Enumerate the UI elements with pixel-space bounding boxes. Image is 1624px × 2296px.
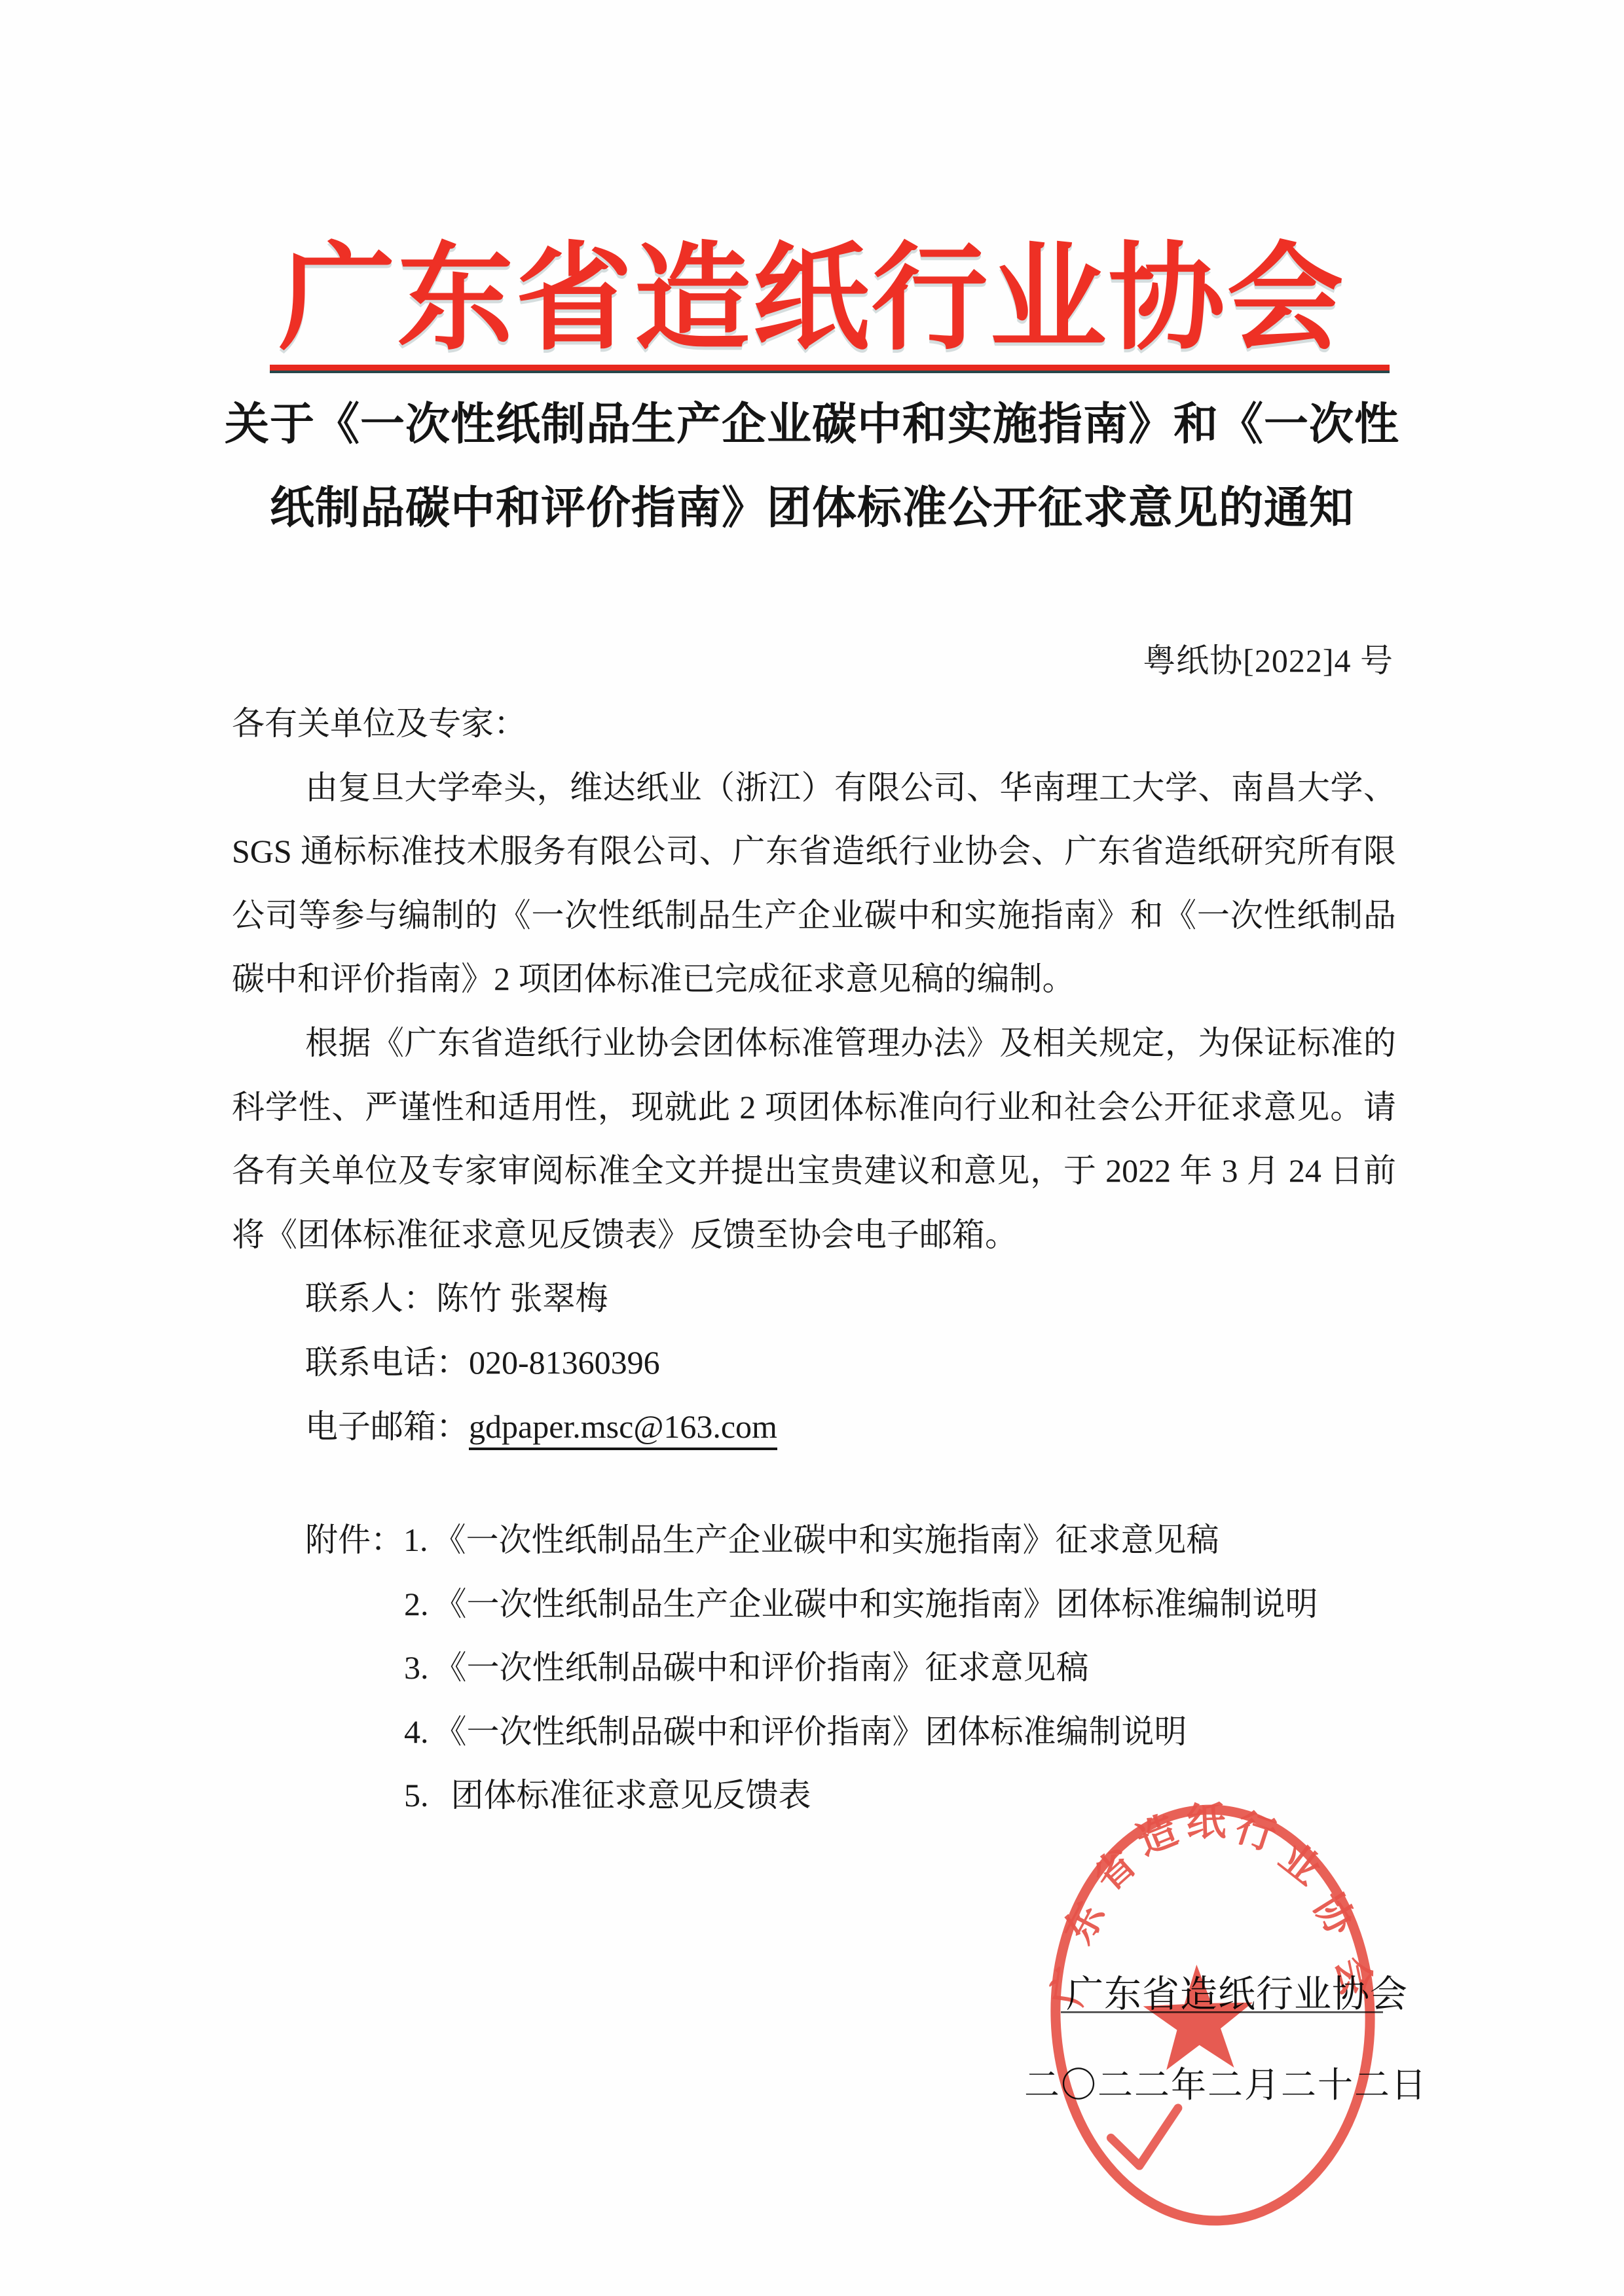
attachment-title: 团体标准征求意见反馈表	[451, 1777, 811, 1813]
attachment-number: 4.	[404, 1713, 429, 1750]
attachment-number: 2.	[404, 1586, 429, 1622]
salutation: 各有关单位及专家：	[232, 692, 1396, 756]
body-text: 各有关单位及专家： 由复旦大学牵头，维达纸业（浙江）有限公司、华南理工大学、南昌…	[232, 692, 1396, 1459]
attachment-item-2: 2.《一次性纸制品生产企业碳中和实施指南》团体标准编制说明	[232, 1573, 1424, 1637]
seal-arc-char: 省	[1086, 1841, 1144, 1899]
attachments-label: 附件：	[305, 1522, 403, 1558]
attachment-number: 3.	[404, 1649, 429, 1686]
seal-arc-char: 纸	[1186, 1800, 1227, 1844]
attachment-item-1: 附件：1.《一次性纸制品生产企业碳中和实施指南》征求意见稿	[232, 1508, 1424, 1573]
attachment-number: 5.	[404, 1777, 429, 1813]
attachments-list: 附件：1.《一次性纸制品生产企业碳中和实施指南》征求意见稿 2.《一次性纸制品生…	[232, 1508, 1424, 1828]
body-line: 公司等参与编制的《一次性纸制品生产企业碳中和实施指南》和《一次性纸制品	[232, 884, 1396, 948]
body-line: 将《团体标准征求意见反馈表》反馈至协会电子邮箱。	[232, 1203, 1396, 1267]
body-line: 由复旦大学牵头，维达纸业（浙江）有限公司、华南理工大学、南昌大学、	[232, 756, 1396, 820]
body-line: 科学性、严谨性和适用性，现就此 2 项团体标准向行业和社会公开征求意见。请	[232, 1076, 1396, 1140]
notice-title-line2: 纸制品碳中和评价指南》团体标准公开征求意见的通知	[124, 466, 1500, 550]
letterhead-org-name: 广东省造纸行业协会	[0, 204, 1624, 372]
attachment-number: 1.	[403, 1522, 428, 1558]
email-link[interactable]: gdpaper.msc@163.com	[469, 1408, 777, 1450]
body-line: 各有关单位及专家审阅标准全文并提出宝贵建议和意见，于 2022 年 3 月 24…	[232, 1139, 1396, 1203]
seal-checkmark	[1110, 2108, 1180, 2167]
contact-person-line: 联系人：陈竹 张翠梅	[232, 1267, 1396, 1331]
attachment-title: 《一次性纸制品生产企业碳中和实施指南》征求意见稿	[434, 1522, 1219, 1558]
contact-email-line: 电子邮箱：gdpaper.msc@163.com	[232, 1395, 1396, 1459]
document-page: 广东省造纸行业协会 关于《一次性纸制品生产企业碳中和实施指南》和《一次性 纸制品…	[0, 0, 1624, 2296]
doc-number: 粤纸协[2022]4 号	[1143, 634, 1393, 682]
notice-title: 关于《一次性纸制品生产企业碳中和实施指南》和《一次性 纸制品碳中和评价指南》团体…	[124, 382, 1500, 550]
contact-phone-line: 联系电话：020-81360396	[232, 1331, 1396, 1395]
official-seal: 广 东 省 造 纸 行 业 协 会	[1044, 1799, 1382, 2231]
seal-star-icon	[1142, 1963, 1255, 2071]
attachment-title: 《一次性纸制品生产企业碳中和实施指南》团体标准编制说明	[434, 1586, 1318, 1622]
seal-group: 广 东 省 造 纸 行 业 协 会	[1044, 1799, 1382, 2227]
seal-arc-char: 业	[1272, 1835, 1329, 1893]
body-line: SGS 通标标准技术服务有限公司、广东省造纸行业协会、广东省造纸研究所有限	[232, 820, 1396, 884]
notice-title-line1: 关于《一次性纸制品生产企业碳中和实施指南》和《一次性	[124, 382, 1500, 466]
attachment-title: 《一次性纸制品碳中和评价指南》征求意见稿	[434, 1649, 1089, 1686]
contact-email-label: 电子邮箱：	[305, 1408, 469, 1445]
attachment-title: 《一次性纸制品碳中和评价指南》团体标准编制说明	[434, 1713, 1187, 1750]
seal-arc-char: 广	[1046, 1964, 1094, 2009]
body-line: 根据《广东省造纸行业协会团体标准管理办法》及相关规定，为保证标准的	[232, 1011, 1396, 1076]
attachment-item-4: 4.《一次性纸制品碳中和评价指南》团体标准编制说明	[232, 1700, 1424, 1764]
attachment-item-3: 3.《一次性纸制品碳中和评价指南》征求意见稿	[232, 1636, 1424, 1700]
body-line: 碳中和评价指南》2 项团体标准已完成征求意见稿的编制。	[232, 947, 1396, 1011]
letterhead-divider	[270, 365, 1390, 373]
